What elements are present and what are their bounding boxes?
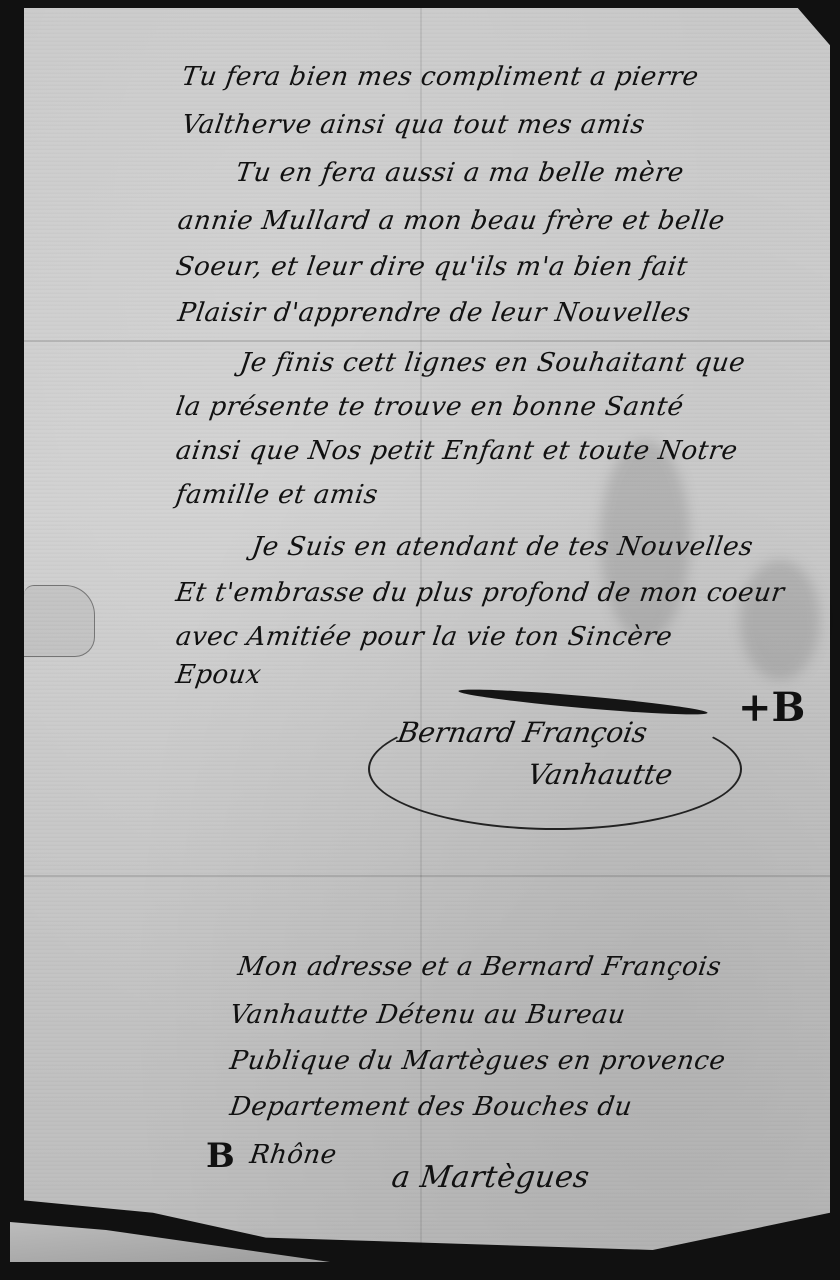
letter-line-8: la présente te trouve en bonne Santé [174,392,686,422]
letter-line-7: Je finis cett lignes en Souhaitant que [238,348,747,378]
letter-line-4: annie Mullard a mon beau frère et belle [176,206,727,236]
letter-line-1: Tu fera bien mes compliment a pierre [180,62,701,92]
address-line-3: Publique du Martègues en provence [228,1046,728,1076]
letter-line-9: ainsi que Nos petit Enfant et toute Notr… [174,436,740,466]
signature-mark: +B [738,684,805,731]
address-line-1: Mon adresse et a Bernard François [236,952,723,982]
address-line-6: a Martègues [390,1160,592,1195]
margin-mark: B [206,1136,235,1176]
letter-line-12: Et t'embrasse du plus profond de mon coe… [174,578,786,608]
signature: Bernard François Vanhautte [368,688,738,836]
fold-line [24,340,830,342]
signature-surname: Vanhautte [525,758,675,791]
letter-line-6: Plaisir d'apprendre de leur Nouvelles [176,298,693,328]
letter-line-11: Je Suis en atendant de tes Nouvelles [250,532,755,562]
letter-line-5: Soeur, et leur dire qu'ils m'a bien fait [174,252,690,282]
letter-line-13: avec Amitiée pour la vie ton Sincère [174,622,674,652]
signature-first-names: Bernard François [395,716,650,749]
letter-line-14: Epoux [174,660,263,690]
address-line-2: Vanhautte Détenu au Bureau [228,1000,628,1030]
letter-line-3: Tu en fera aussi a ma belle mère [234,158,686,188]
fold-line [24,875,830,877]
letter-line-10: famille et amis [174,480,380,510]
address-line-5: Rhône [248,1140,339,1170]
letter-line-2: Valtherve ainsi qua tout mes amis [180,110,647,140]
paper-tear [24,585,95,657]
document-photo: Tu fera bien mes compliment a pierre Val… [0,0,840,1280]
address-line-4: Departement des Bouches du [228,1092,634,1122]
